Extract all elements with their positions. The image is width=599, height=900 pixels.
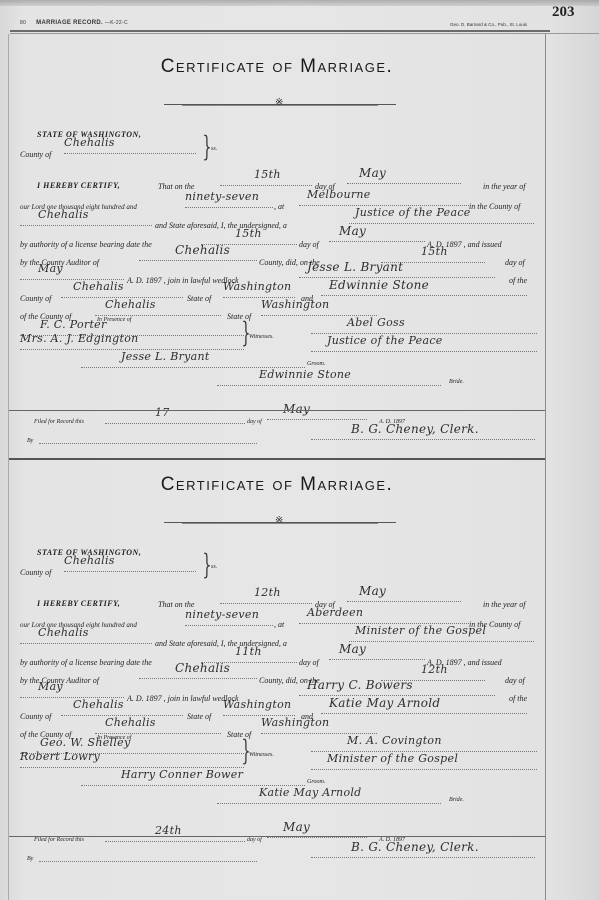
label-by: By (27, 438, 33, 444)
label-witnesses: Witnesses. (249, 334, 274, 340)
label-county-of: County of (20, 150, 51, 159)
label-certify: I HEREBY CERTIFY, (37, 181, 120, 190)
running-header: 80 MARRIAGE RECORD. —K-22-C (20, 20, 128, 26)
marriage-certificate-2: Certificate of Marriage. ※ STATE OF WASH… (9, 452, 545, 892)
field-groom-signature: Jesse L. Bryant (81, 354, 305, 368)
field-certify-day: 15th (220, 172, 312, 186)
field-bride-name: Katie May Arnold (321, 700, 527, 714)
field-bride-county: Chehalis (95, 720, 221, 734)
label-county-of-2: County of (20, 712, 51, 721)
label-county-of: County of (20, 568, 51, 577)
title-ornament: ※ (164, 102, 396, 108)
witness-brace: } (241, 734, 250, 767)
field-clerk-signature: B. G. Cheney, Clerk. (311, 426, 535, 440)
label-filed-for-record: Filed for Record this (34, 837, 84, 843)
field-license-month: May (329, 646, 425, 660)
field-bride-signature: Edwinnie Stone (217, 372, 441, 386)
field-year-words: ninety-seven (185, 194, 273, 208)
field-bride-state: Washington (261, 720, 377, 734)
field-auditor-county: Chehalis (139, 665, 257, 679)
record-page: 80 MARRIAGE RECORD. —K-22-C Geo. D. Barn… (0, 0, 599, 900)
certificate-title: Certificate of Marriage. (9, 56, 545, 78)
field-by (39, 430, 257, 444)
ornament-star-icon: ※ (275, 97, 283, 108)
field-officiant-signature-title: Minister of the Gospel (311, 756, 537, 770)
field-certify-day: 12th (220, 590, 312, 604)
label-day-of-4: day of (247, 419, 262, 425)
publisher-imprint: Geo. D. Barnard & Co., Pub., St. Louis (450, 22, 527, 27)
field-place: Melbourne (299, 192, 469, 206)
field-filed-day: 24th (105, 828, 245, 842)
book-title: MARRIAGE RECORD. (36, 20, 103, 26)
field-officiant-title: Minister of the Gospel (349, 628, 534, 642)
label-by: By (27, 856, 33, 862)
label-by-authority: by authority of a license bearing date t… (20, 658, 152, 667)
page-number: 203 (552, 4, 575, 21)
label-filed-for-record: Filed for Record this (34, 419, 84, 425)
field-filed-month: May (267, 406, 367, 420)
field-year-words: ninety-seven (185, 612, 273, 626)
field-officiant-title: Justice of the Peace (349, 210, 534, 224)
label-day-of-2: day of (299, 658, 319, 667)
certificate-title: Certificate of Marriage. (9, 474, 545, 496)
label-ss: ss. (211, 564, 217, 570)
field-groom-state: Washington (223, 284, 295, 298)
right-margin-rule (545, 34, 546, 900)
label-witnesses: Witnesses. (249, 752, 274, 758)
field-groom-name: Harry C. Bowers (299, 682, 495, 696)
label-bride: Bride. (449, 797, 464, 803)
label-groom: Groom. (307, 361, 325, 367)
field-officiant-signature-title: Justice of the Peace (311, 338, 537, 352)
field-groom-county: Chehalis (61, 284, 183, 298)
label-at: , at (274, 620, 284, 629)
title-ornament: ※ (164, 520, 396, 526)
field-witness-2: Robert Lowry (20, 754, 244, 768)
field-bride-county: Chehalis (95, 302, 221, 316)
field-groom-county: Chehalis (61, 702, 183, 716)
label-certify: I HEREBY CERTIFY, (37, 599, 120, 608)
marriage-certificate-1: Certificate of Marriage. ※ STATE OF WASH… (9, 34, 545, 460)
label-state-aforesaid: and State aforesaid, I, the undersigned,… (155, 221, 287, 230)
field-place-county: Chehalis (20, 630, 152, 644)
field-license-month: May (329, 228, 425, 242)
label-day-of-3: day of (505, 676, 525, 685)
field-bride-state: Washington (261, 302, 377, 316)
field-officiant-signature: Abel Goss (311, 320, 537, 334)
label-groom: Groom. (307, 779, 325, 785)
field-clerk-signature: B. G. Cheney, Clerk. (311, 844, 535, 858)
label-ss: ss. (211, 146, 217, 152)
field-witness-2: Mrs. A. J. Edgington (20, 336, 244, 350)
field-certify-month: May (347, 588, 461, 602)
witness-brace: } (241, 316, 250, 349)
header-page-prefix: 80 (20, 20, 26, 26)
label-by-authority: by authority of a license bearing date t… (20, 240, 152, 249)
field-by (39, 848, 257, 862)
label-county-of-2: County of (20, 294, 51, 303)
form-code: —K-22-C (105, 20, 128, 26)
label-in-the-year-of: in the year of (483, 182, 525, 191)
field-county: Chehalis (64, 558, 196, 572)
ornament-star-icon: ※ (275, 515, 283, 526)
label-in-the-year-of: in the year of (483, 600, 525, 609)
field-bride-name: Edwinnie Stone (321, 282, 527, 296)
filing-separator-2 (9, 836, 545, 837)
field-wed-month: May (20, 266, 124, 280)
label-day-of-4: day of (247, 837, 262, 843)
field-auditor-county: Chehalis (139, 247, 257, 261)
page-edge-shadow (0, 0, 599, 6)
field-groom-state: Washington (223, 702, 295, 716)
field-county: Chehalis (64, 140, 196, 154)
field-certify-month: May (347, 170, 461, 184)
label-bride: Bride. (449, 379, 464, 385)
label-at: , at (274, 202, 284, 211)
field-bride-signature: Katie May Arnold (217, 790, 441, 804)
label-day-of-2: day of (299, 240, 319, 249)
field-place: Aberdeen (299, 610, 469, 624)
field-place-county: Chehalis (20, 212, 152, 226)
field-filed-day: 17 (105, 410, 245, 424)
field-groom-signature: Harry Conner Bower (81, 772, 305, 786)
header-rule (10, 30, 550, 32)
filing-separator-1 (9, 410, 545, 411)
field-officiant-signature: M. A. Covington (311, 738, 537, 752)
label-day-of-3: day of (505, 258, 525, 267)
field-wed-month: May (20, 684, 124, 698)
label-state-aforesaid: and State aforesaid, I, the undersigned,… (155, 639, 287, 648)
field-groom-name: Jesse L. Bryant (299, 264, 495, 278)
